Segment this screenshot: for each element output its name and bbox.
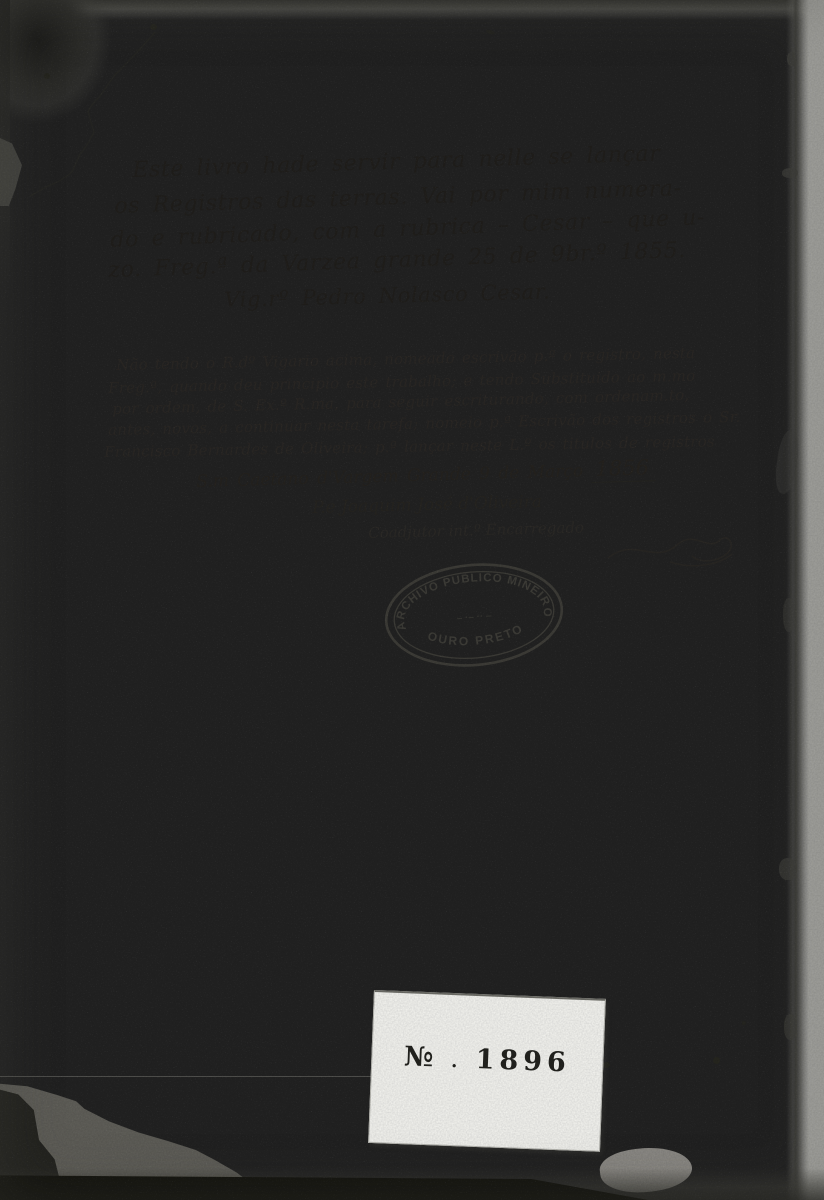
stamp-divider-dashes: – ·– ·· – [456,610,492,624]
ink-speck [742,1021,746,1025]
signature-flourish [600,518,740,573]
place-date: S.m Caetano d'Vargem Grande 9 de Março [196,461,583,492]
numero-symbol: № [403,1041,436,1073]
year-1856: 1856 [591,455,655,483]
catalog-number-label: № . 1896 [368,990,606,1152]
label-number: 1896 [475,1043,571,1078]
binding-stitch-mark [787,52,797,66]
ink-speck [44,73,50,79]
ink-speck [713,1057,720,1064]
label-dot: . [451,1051,460,1072]
catalog-number: № . 1896 [403,1041,571,1078]
scanned-document-page: Este livro hade servir para nelle se lan… [0,0,824,1200]
binding-stitch-mark [779,858,797,880]
archive-stamp: ARCHIVO PUBLICO MINEIRO – ·– ·· – OURO P… [372,552,577,679]
note-1855-signature: Vig.rº Pedro Nolasco Cesar. [224,279,551,312]
svg-text:OURO PRETO: OURO PRETO [425,620,527,652]
ink-speck [486,29,496,36]
stamp-text-bottom: OURO PRETO [425,620,527,652]
left-edge-tear [0,138,22,206]
note-1856-dateline: S.m Caetano d'Vargem Grande 9 de Março 1… [196,455,655,492]
binding-stitch-mark [784,1014,797,1040]
binding-stitch-mark [783,598,795,632]
note-1856-signer-title: Coadjutor int.º Encarregado [368,518,584,542]
ink-speck [150,24,157,30]
ink-speck [603,1062,610,1068]
note-1855-line: Este livro hade servir para nelle se lan… [132,141,661,183]
scan-top-edge [0,0,824,20]
note-1856-signer: P.e Joaquim José d'Oliveira [312,492,542,518]
binding-stitch-mark [782,168,798,178]
